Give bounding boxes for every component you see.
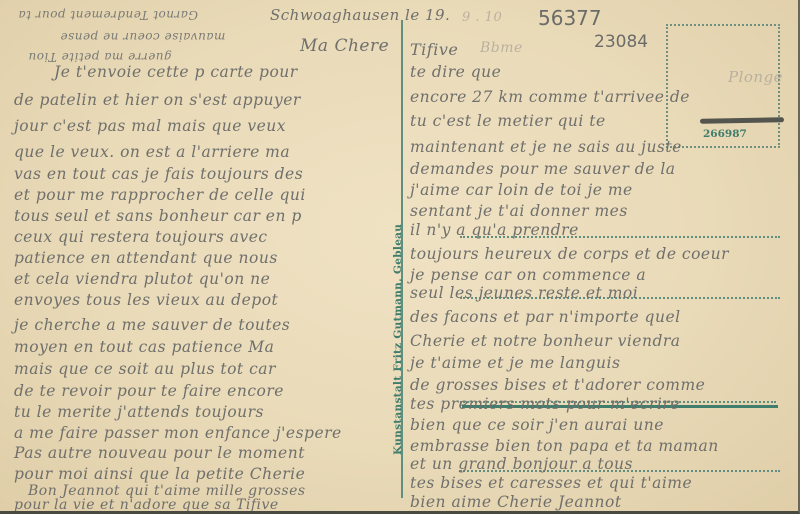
letter-line: bien que ce soir j'en aurai une <box>410 416 664 434</box>
salutation: Ma Chere <box>300 36 389 56</box>
letter-line: toujours heureux de corps et de coeur <box>410 245 729 263</box>
letter-line: il n'y a qu'a prendre <box>410 221 579 239</box>
letter-line: envoyes tous les vieux au depot <box>14 291 278 309</box>
letter-line: pour la vie et n'adore que sa Tifive <box>14 497 279 513</box>
archive-number-secondary: 23084 <box>594 32 648 52</box>
letter-line: Cherie et notre bonheur viendra <box>410 332 681 350</box>
signature-line: bien aime Cherie Jeannot <box>410 493 622 511</box>
postcard-back: 56377 23084 Garnot Tendrement pour ta ma… <box>0 0 800 514</box>
letter-line: patience en attendant que nous <box>14 249 278 267</box>
letter-line: pour moi ainsi que la petite Cherie <box>14 465 305 483</box>
letter-line: de grosses bises et t'adorer comme <box>410 376 705 394</box>
letter-line: de patelin et hier on s'est appuyer <box>14 91 301 109</box>
letter-line: demandes pour me sauver de la <box>410 160 676 178</box>
place-date: Schwoaghausen le 19. <box>270 6 450 24</box>
letter-line: tes premiers mots pour m'ecrire <box>410 395 680 413</box>
letter-line: maintenant et je ne sais au juste <box>410 138 682 156</box>
stamp-serial: 266987 <box>703 128 747 140</box>
letter-line: des facons et par n'importe quel <box>410 308 681 326</box>
letter-line: Pas autre nouveau pour le moment <box>14 444 305 462</box>
letter-line: j'aime car loin de toi je me <box>410 181 633 199</box>
stamp-faint-text: Plonge <box>728 68 783 86</box>
letter-line: de te revoir pour te faire encore <box>14 382 284 400</box>
letter-line: je t'aime et je me languis <box>410 354 620 372</box>
letter-line: sentant je t'ai donner mes <box>410 202 628 220</box>
letter-line: mais que ce soit au plus tot car <box>14 360 276 378</box>
upside-down-line: Garnot Tendrement pour ta <box>18 8 198 22</box>
letter-line: tu le merite j'attends toujours <box>14 403 264 421</box>
letter-line: te dire que <box>410 63 501 81</box>
salutation-continued: Tifive <box>410 40 458 59</box>
letter-line: a me faire passer mon enfance j'espere <box>14 424 342 442</box>
letter-line: embrasse bien ton papa et ta maman <box>410 437 719 455</box>
archive-number-primary: 56377 <box>538 6 602 30</box>
date-faint: 9 . 10 <box>462 10 502 25</box>
salutation-faint: Bbme <box>480 40 523 56</box>
letter-line: tu c'est le metier qui te <box>410 112 606 130</box>
letter-line: Je t'envoie cette p carte pour <box>54 63 298 81</box>
letter-line: et pour me rapprocher de celle qui <box>14 186 306 204</box>
letter-line: je cherche a me sauver de toutes <box>14 316 290 334</box>
letter-line: seul les jeunes reste et moi <box>410 284 638 302</box>
letter-line: et cela viendra plutot qu'on ne <box>14 270 270 288</box>
upside-down-line: guerre ma petite Tiou <box>28 50 172 64</box>
letter-line: que le veux. on est a l'arriere ma <box>14 143 290 161</box>
letter-line: jour c'est pas mal mais que veux <box>14 117 286 135</box>
publisher-imprint: Kunstanstalt Fritz Gutmann, Gebleau <box>392 224 404 455</box>
letter-line: et un grand bonjour a tous <box>410 455 633 473</box>
letter-line: tous seul et sans bonheur car en p <box>14 207 302 225</box>
letter-line: je pense car on commence a <box>410 266 646 284</box>
letter-line: moyen en tout cas patience Ma <box>14 338 274 356</box>
letter-line: encore 27 km comme t'arrivee de <box>410 88 690 106</box>
letter-line: ceux qui restera toujours avec <box>14 228 268 246</box>
letter-line: tes bises et caresses et qui t'aime <box>410 474 692 492</box>
letter-line: vas en tout cas je fais toujours des <box>14 165 303 183</box>
upside-down-line: mauvaise coeur ne pense <box>60 30 225 44</box>
